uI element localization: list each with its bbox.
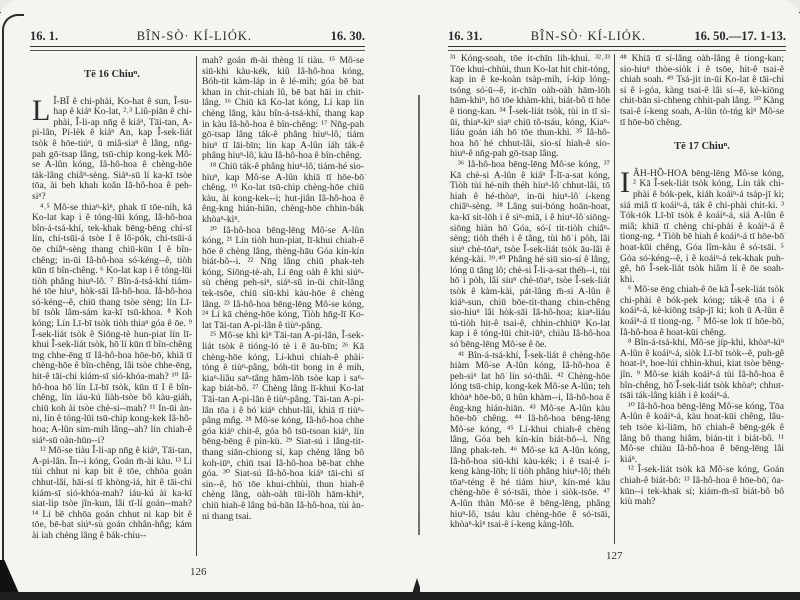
paragraph: ⁴˒⁵ Mô͘-se thiaⁿ-kìⁿ, phak tī tōe-nih, k… [32,203,192,447]
right-header-range-end: 16. 50.—17. 1-13. [694,29,786,44]
right-column-divider [614,54,615,544]
left-header-title: BÎN-SÒ· KÍ-LIÓK. [137,29,252,44]
right-header-rule [448,46,786,51]
chapter-16-heading: Tē 16 Chiuⁿ. [32,70,192,81]
book-bottom-edge [0,592,800,600]
paragraph: ¹⁰ Iâ-hô-hoa bēng-lēng Mô͘-se kóng, Tōa … [620,402,784,466]
dropcap-letter: I [620,171,630,195]
paragraph: ⁸ Bîn-á-tsá-khí, Mô͘-se jíp-khì, khòaⁿ-k… [620,338,784,402]
dropcap-letter: L [32,99,50,123]
left-page-column-1: Tē 16 Chiuⁿ. LÎ-BĪ ê chi-phài, Ko-hat ê … [32,56,192,586]
paragraph: ³⁶ Iâ-hô-hoa bēng-lēng Mô͘-se kóng, ³⁷ K… [450,160,610,351]
paragraph: mah? goán m̄-ài thèng lí tiàu. ¹⁵ Mô͘-se… [202,56,364,162]
paragraph: ⁶ Mô͘-se ēng chiah-ê ōe kā Î-sek-liát ts… [620,285,784,338]
paragraph: IÂH-HÔ-HOA bēng-lēng Mô͘-se kóng, ² Kā Î… [620,169,784,286]
left-running-header: 16. 1. BÎN-SÒ· KÍ-LIÓK. 16. 30. [30,28,365,44]
paragraph: ⁴¹ Bîn-á-tsá-khí, Î-sek-liát ê chèng-hōe… [450,351,610,531]
left-page-number: 126 [190,566,207,578]
left-page-edge [2,14,24,586]
paragraph: LÎ-BĪ ê chi-phài, Ko-hat ê sun, Î-su-hap… [32,97,192,203]
paragraph: ¹² Î-sek-liát tsòk kā Mô͘-se kóng, Goán … [620,465,784,507]
right-header-range-start: 16. 31. [448,29,482,44]
right-running-header: 16. 31. BÎN-SÒ· KÍ-LIÓK. 16. 50.—17. 1-1… [448,28,786,44]
left-header-rule [30,46,365,51]
right-page-number: 127 [606,550,623,562]
right-header-title: BÎN-SÒ· KÍ-LIÓK. [531,29,646,44]
left-header-range-end: 16. 30. [331,29,365,44]
chapter-17-heading: Tē 17 Chiuⁿ. [620,142,784,153]
book-spread: 16. 1. BÎN-SÒ· KÍ-LIÓK. 16. 30. Tē 16 Ch… [0,0,800,600]
right-page-column-1: ³¹ Kóng-soah, tōe it-chīn lih-khui. ³²˒³… [450,54,610,584]
left-column-divider [196,56,197,556]
paragraph: ²⁵ Mô͘-se khì kìⁿ Tāi-tan A-pi-lân, Î-se… [202,331,364,522]
paragraph: ³¹ Kóng-soah, tōe it-chīn lih-khui. ³²˒³… [450,54,610,160]
left-page-column-2: mah? goán m̄-ài thèng lí tiàu. ¹⁵ Mô͘-se… [202,56,364,586]
left-header-range-start: 16. 1. [30,29,58,44]
paragraph: ¹⁸ Chiū ták-ê phâng hiuⁿ-lô͘, tiám-hé si… [202,162,364,226]
paragraph: ⁴⁸ Khiā tī sí-lâng oàh-lâng ê tiong-kan;… [620,54,784,128]
paragraph: ²⁰ Iâ-hô-hoa bēng-lēng Mô͘-se A-lûn kóng… [202,226,364,332]
paragraph: ¹² Mô͘-se tiàu Î-li-ap nn̄g ê kiáⁿ, Tāi-… [32,446,192,541]
right-page-column-2: ⁴⁸ Khiā tī sí-lâng oàh-lâng ê tiong-kan;… [620,54,784,584]
